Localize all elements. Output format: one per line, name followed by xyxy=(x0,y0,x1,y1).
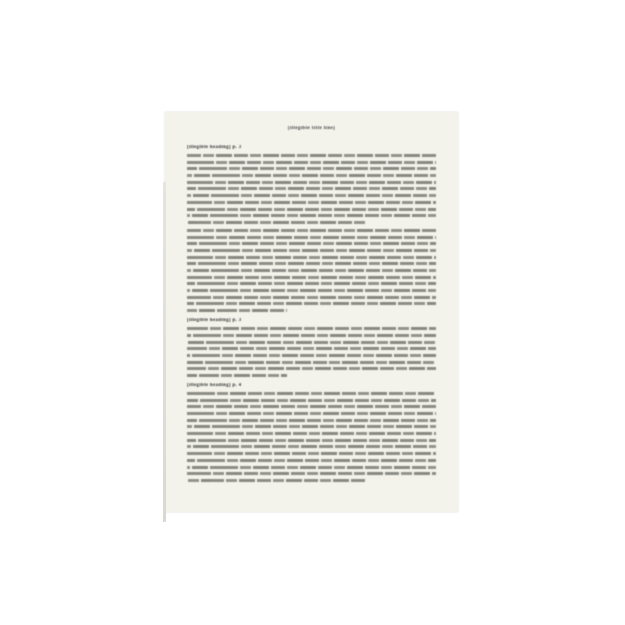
text-line xyxy=(187,167,436,170)
text-line xyxy=(187,187,436,190)
text-line xyxy=(187,439,436,442)
text-line xyxy=(187,425,436,428)
text-line xyxy=(187,201,436,204)
text-line xyxy=(187,361,436,364)
section-heading: [illegible heading] p. 3 xyxy=(187,318,436,323)
text-line xyxy=(187,208,436,211)
document-body: [illegible heading] p. 3[illegible headi… xyxy=(187,145,436,482)
paragraph xyxy=(187,154,436,224)
text-line xyxy=(187,399,436,402)
paragraph xyxy=(187,229,436,312)
text-line xyxy=(187,161,436,164)
text-line xyxy=(187,174,436,177)
text-line xyxy=(187,181,436,184)
text-line xyxy=(187,276,436,279)
text-line xyxy=(187,296,436,299)
text-line xyxy=(187,249,436,252)
text-line xyxy=(187,214,436,217)
text-line xyxy=(187,479,366,482)
document-title: [illegible title line] xyxy=(187,126,436,131)
text-line xyxy=(187,354,436,357)
text-line xyxy=(187,262,436,265)
text-line xyxy=(187,236,436,239)
text-line xyxy=(187,289,436,292)
section-heading: [illegible heading] p. 4 xyxy=(187,383,436,388)
text-line xyxy=(187,327,436,330)
text-line xyxy=(187,432,436,435)
section-heading: [illegible heading] p. 3 xyxy=(187,145,436,150)
text-line xyxy=(187,452,436,455)
text-line xyxy=(187,341,436,344)
text-line xyxy=(187,221,366,224)
text-line xyxy=(187,419,436,422)
text-line xyxy=(187,256,436,259)
text-line xyxy=(187,242,436,245)
text-line xyxy=(187,154,436,157)
text-line xyxy=(187,347,436,350)
document-page: [illegible title line] [illegible headin… xyxy=(165,112,458,512)
text-line xyxy=(187,445,436,448)
text-line xyxy=(187,392,436,395)
text-line xyxy=(187,405,436,408)
text-line xyxy=(187,229,436,232)
text-line xyxy=(187,269,436,272)
text-line xyxy=(187,194,436,197)
text-line xyxy=(187,334,436,337)
paragraph xyxy=(187,392,436,482)
text-line xyxy=(187,367,436,370)
text-line xyxy=(187,309,287,312)
text-line xyxy=(187,374,287,377)
text-line xyxy=(187,459,436,462)
text-line xyxy=(187,472,436,475)
text-line xyxy=(187,466,436,469)
paragraph xyxy=(187,327,436,377)
text-line xyxy=(187,302,436,305)
text-line xyxy=(187,412,436,415)
text-line xyxy=(187,282,436,285)
